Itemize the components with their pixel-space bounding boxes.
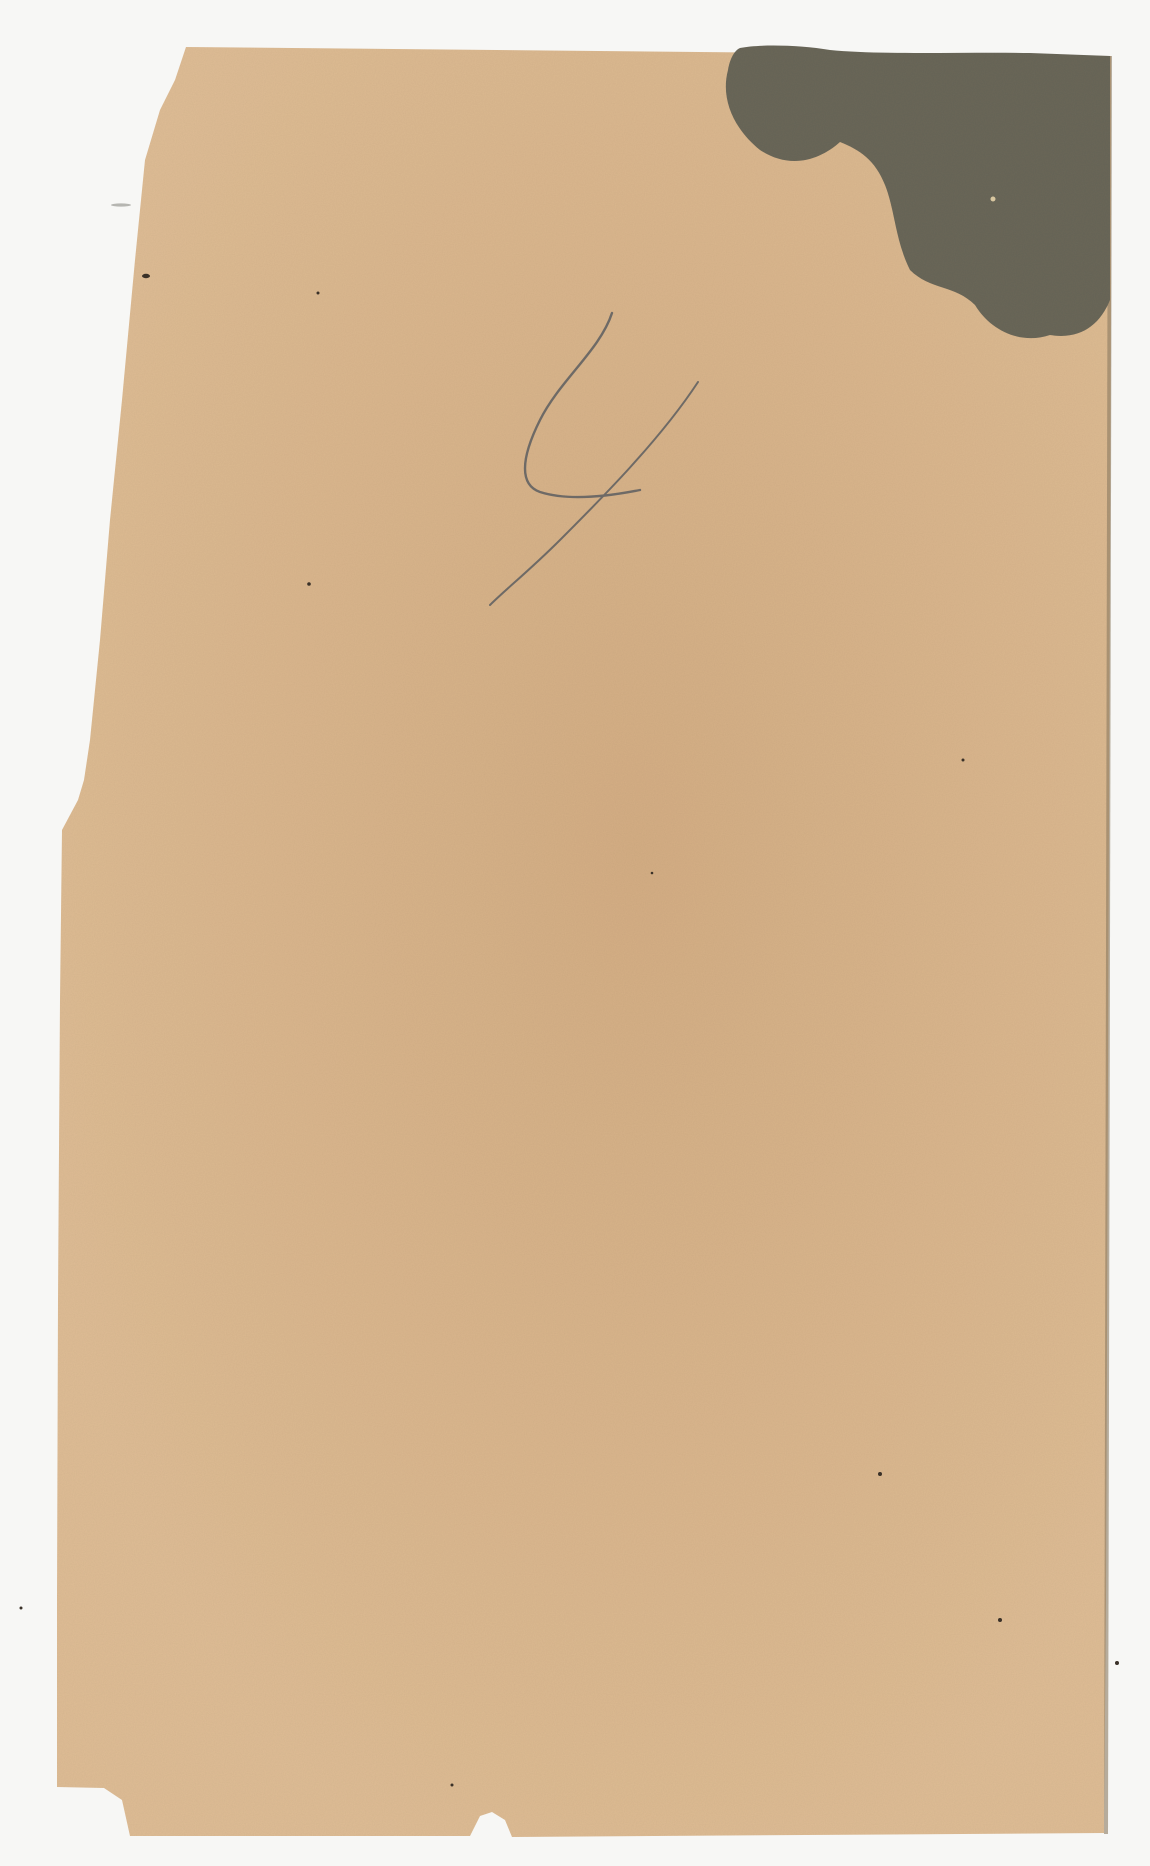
card-body [57,47,1111,1837]
scanned-card-scene: 4 [0,0,1150,1866]
smudge-left [111,203,131,206]
stain-speck [991,197,996,202]
card-illustration [0,0,1150,1866]
